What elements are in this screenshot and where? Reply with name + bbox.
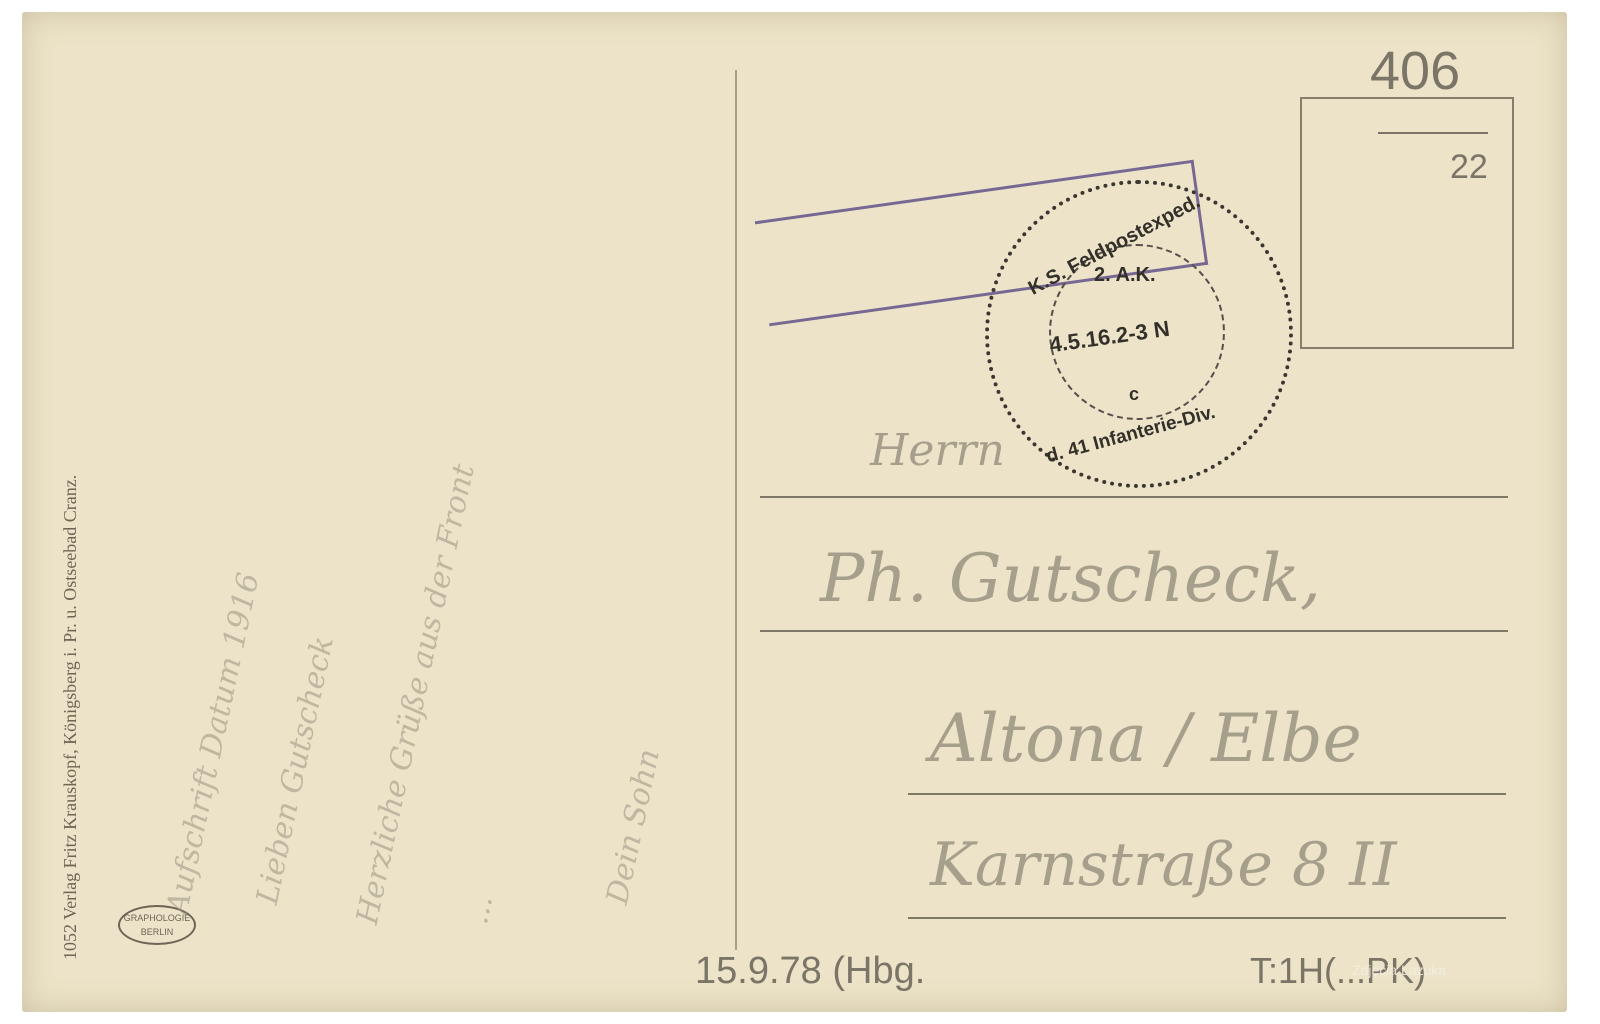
pencil-note-bottom-left: 15.9.78 (Hbg.	[695, 950, 925, 993]
pencil-number: 406	[1370, 40, 1460, 102]
watermark: Zdjęcia Lazuka	[1352, 962, 1446, 978]
message-line: Aufschrift Datum 1916	[160, 570, 267, 918]
address-line-rule	[760, 630, 1508, 632]
address-line-rule	[908, 793, 1506, 795]
stamp-box	[1300, 97, 1514, 349]
pencil-underline	[1378, 132, 1488, 134]
message-line: Dein Sohn	[600, 746, 667, 907]
address-name: Ph. Gutscheck,	[820, 540, 1321, 617]
message-line: Herzliche Grüße aus der Front	[350, 461, 482, 927]
address-street: Karnstraße 8 II	[930, 830, 1397, 900]
message-line: Lieben Gutscheck	[250, 633, 341, 907]
address-line-rule	[760, 496, 1508, 498]
postmark-center: 2. A.K.	[1094, 264, 1156, 287]
postmark: K.S. Feldpostexped. 2. A.K. 4.5.16.2-3 N…	[985, 180, 1293, 488]
message-line: ...	[460, 892, 500, 927]
address-line-rule	[908, 917, 1506, 919]
address-city: Altona / Elbe	[930, 700, 1362, 777]
center-divider	[735, 70, 737, 950]
pencil-sub-number: 22	[1450, 148, 1488, 187]
handwritten-message: Aufschrift Datum 1916 Lieben Gutscheck H…	[140, 80, 720, 940]
address-salutation: Herrn	[870, 425, 1005, 476]
postmark-letter: c	[1129, 384, 1139, 405]
